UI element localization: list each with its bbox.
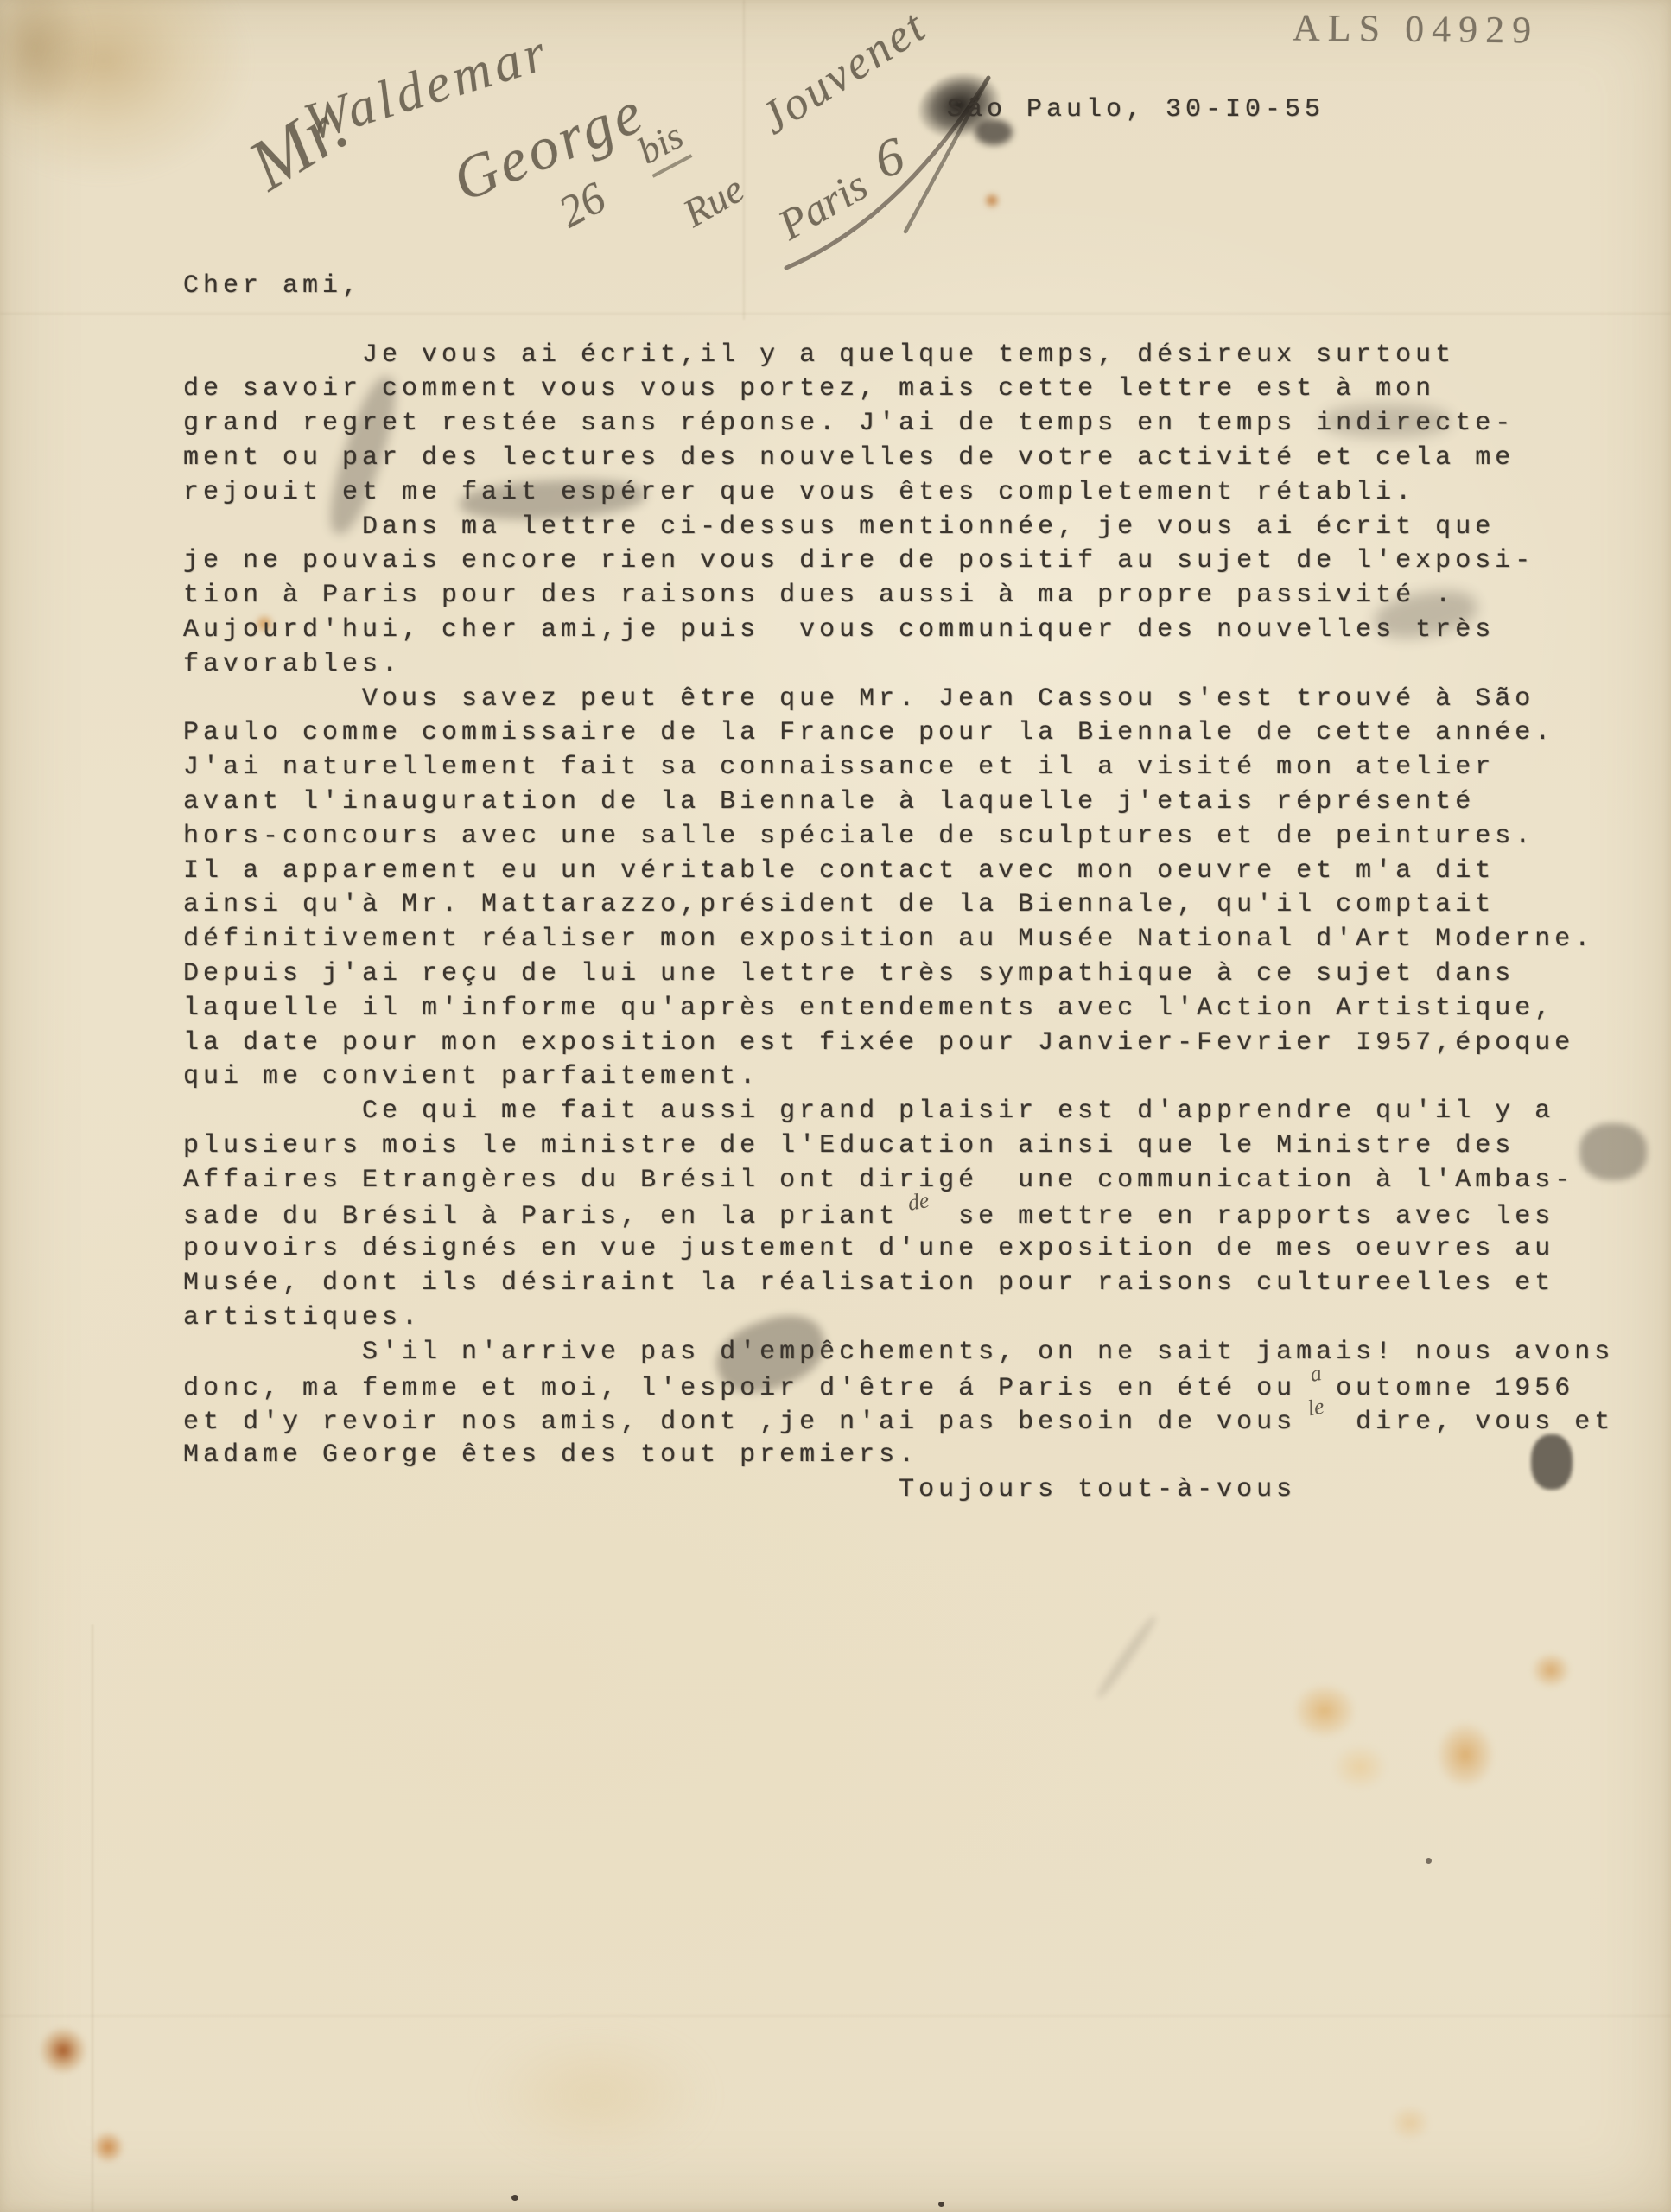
- typed-line: pouvoirs désignés en vue justement d'une…: [183, 1232, 1652, 1267]
- pen-flourish: [760, 50, 1028, 283]
- typed-line: Musée, dont ils désiraint la réalisation…: [183, 1267, 1652, 1301]
- corner-stain: [0, 0, 86, 121]
- typed-line: rejouit et me fait espérer que vous êtes…: [183, 476, 1652, 511]
- handwritten-insertion: le: [1293, 1388, 1338, 1428]
- handwritten-insertion: de: [896, 1181, 941, 1222]
- dirt-speck: [938, 2202, 944, 2207]
- typed-line: Je vous ai écrit,il y a quelque temps, d…: [183, 339, 1652, 373]
- typed-line: Cher ami,: [183, 270, 1652, 304]
- typed-line: donc, ma femme et moi, l'espoir d'être á…: [183, 1370, 1652, 1405]
- dirt-speck: [511, 2195, 518, 2201]
- foxing-spot: [1332, 1744, 1388, 1790]
- foxing-spot: [1389, 2105, 1431, 2141]
- foxing-spot: [92, 2131, 124, 2164]
- typed-line: artistiques.: [183, 1301, 1652, 1336]
- typed-line: Aujourd'hui, cher ami,je puis vous commu…: [183, 613, 1652, 648]
- handwritten-street-number: 26: [550, 172, 614, 238]
- scanned-letter-page: ALS 04929 Mr. Waldemar George 26 bis Rue…: [0, 0, 1671, 2212]
- typed-line: définitivement réaliser mon exposition a…: [183, 923, 1652, 957]
- typed-line: ainsi qu'à Mr. Mattarazzo,président de l…: [183, 888, 1652, 923]
- typed-line: Paulo comme commissaire de la France pou…: [183, 716, 1652, 751]
- letter-body: Cher ami, Je vous ai écrit,il y a quelqu…: [183, 270, 1652, 1508]
- typed-line: [183, 304, 1652, 339]
- handwritten-street-word: Rue: [676, 166, 752, 237]
- foxing-spot: [39, 2026, 87, 2075]
- typed-line: avant l'inauguration de la Biennale à la…: [183, 785, 1652, 820]
- typed-line: plusieurs mois le ministre de l'Educatio…: [183, 1129, 1652, 1164]
- typed-line: Toujours tout-à-vous: [183, 1473, 1652, 1508]
- typed-line: favorables.: [183, 648, 1652, 683]
- typed-line: S'il n'arrive pas d'empêchements, on ne …: [183, 1336, 1652, 1370]
- typed-line: tion à Paris pour des raisons dues aussi…: [183, 579, 1652, 613]
- dirt-speck: [1426, 1858, 1432, 1864]
- fold-crease: [0, 2015, 1671, 2017]
- ink-smudge: [1094, 1613, 1160, 1700]
- foxing-spot: [1531, 1652, 1571, 1688]
- typed-line: ment ou par des lectures des nouvelles d…: [183, 442, 1652, 476]
- typed-line: qui me convient parfaitement.: [183, 1060, 1652, 1095]
- typed-line: de savoir comment vous vous portez, mais…: [183, 372, 1652, 407]
- typed-line: Il a apparement eu un véritable contact …: [183, 855, 1652, 889]
- typed-line: grand regret restée sans réponse. J'ai d…: [183, 407, 1652, 442]
- typed-line: Dans ma lettre ci-dessus mentionnée, je …: [183, 511, 1652, 545]
- typed-line: Madame George êtes des tout premiers.: [183, 1439, 1652, 1473]
- typed-line: et d'y revoir nos amis, dont ,je n'ai pa…: [183, 1404, 1652, 1439]
- typed-line: hors-concours avec une salle spéciale de…: [183, 820, 1652, 855]
- typed-line: sade du Brésil à Paris, en la priantde s…: [183, 1198, 1652, 1233]
- foxing-spot: [1436, 1721, 1495, 1789]
- catalog-number: ALS 04929: [1293, 6, 1540, 53]
- typed-line: laquelle il m'informe qu'après entendeme…: [183, 992, 1652, 1027]
- typed-line: Ce qui me fait aussi grand plaisir est d…: [183, 1095, 1652, 1129]
- foxing-spot: [1293, 1683, 1356, 1738]
- typed-line: je ne pouvais encore rien vous dire de p…: [183, 544, 1652, 579]
- foxing-stain: [484, 2031, 708, 2160]
- crease-line: [92, 1624, 93, 2212]
- dateline: São Paulo, 30-I0-55: [947, 95, 1325, 124]
- typed-line: Vous savez peut être que Mr. Jean Cassou…: [183, 683, 1652, 717]
- corner-stain: [0, 0, 251, 181]
- typed-line: J'ai naturellement fait sa connaissance …: [183, 751, 1652, 785]
- typed-line: Depuis j'ai reçu de lui une lettre très …: [183, 957, 1652, 992]
- typed-line: la date pour mon exposition est fixée po…: [183, 1027, 1652, 1061]
